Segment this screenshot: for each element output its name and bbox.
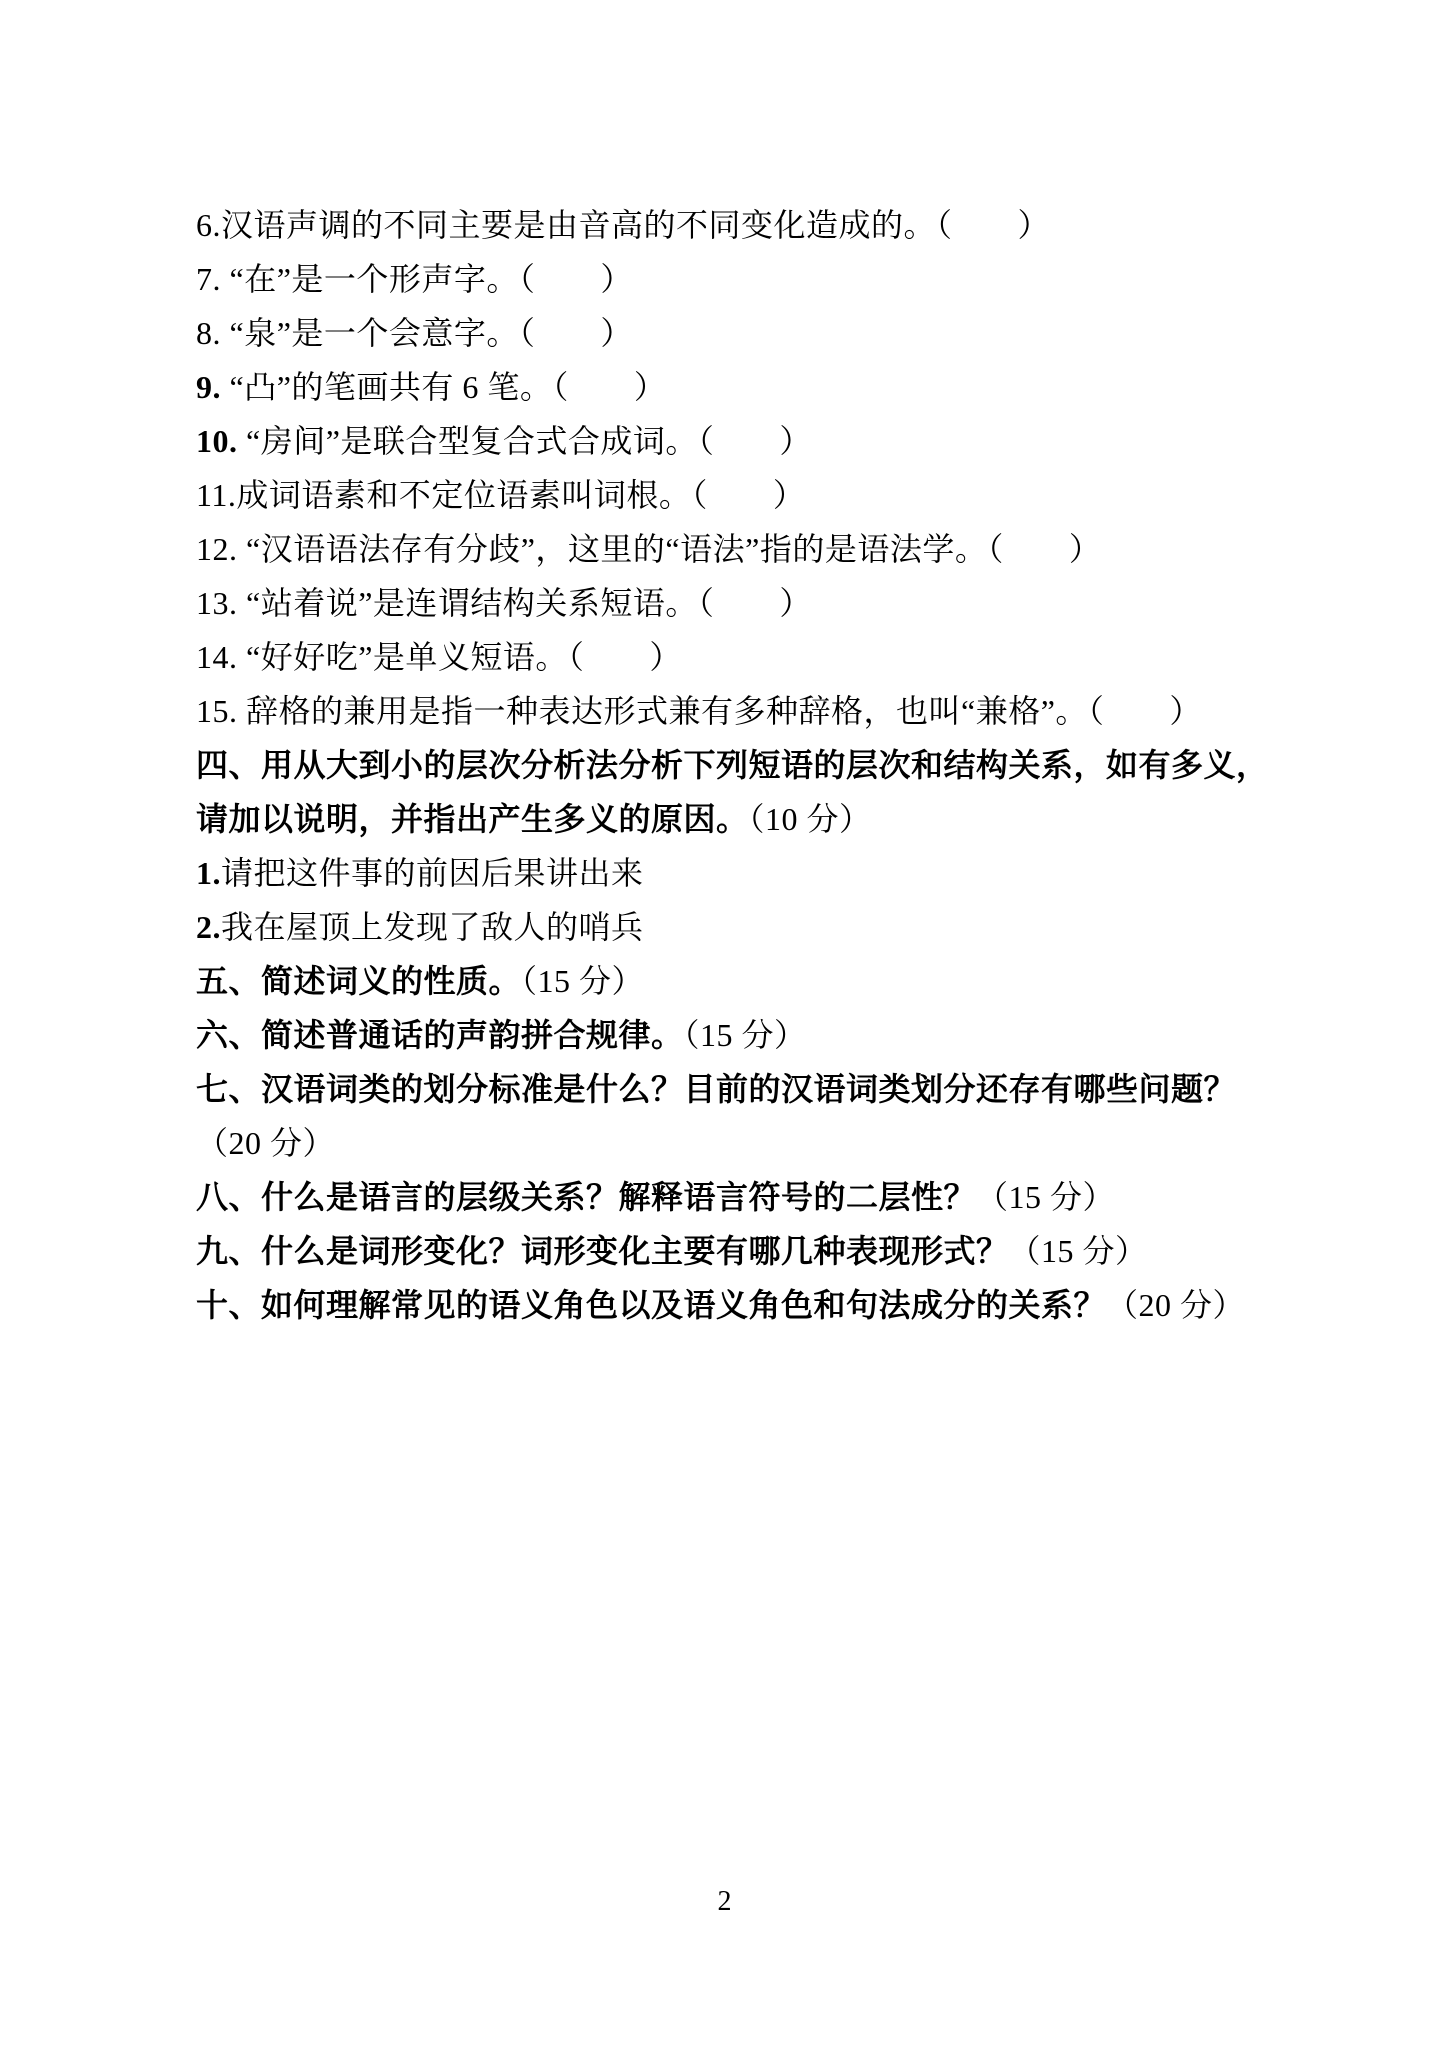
bold-text-segment: 1. <box>196 855 221 891</box>
bold-text-segment: 2. <box>196 909 221 945</box>
text-segment: 15. 辞格的兼用是指一种表达形式兼有多种辞格，也叫“兼格”。（ ） <box>196 693 1202 729</box>
text-line: 14. “好好吃”是单义短语。（ ） <box>196 630 1336 684</box>
bold-text-segment: 九、什么是词形变化？词形变化主要有哪几种表现形式？ <box>196 1233 1009 1269</box>
bold-text-segment: 五、简述词义的性质。 <box>196 963 521 999</box>
document-page: 6.汉语声调的不同主要是由音高的不同变化造成的。（ ）7. “在”是一个形声字。… <box>0 0 1449 2048</box>
text-line: 五、简述词义的性质。（15 分） <box>196 954 1336 1008</box>
bold-text-segment: 10. <box>196 423 238 459</box>
text-segment: 11.成词语素和不定位语素叫词根。（ ） <box>196 477 805 513</box>
text-line: 四、用从大到小的层次分析法分析下列短语的层次和结构关系，如有多义， <box>196 738 1336 792</box>
text-line: 七、汉语词类的划分标准是什么？目前的汉语词类划分还存有哪些问题？ <box>196 1062 1336 1116</box>
bold-text-segment: 十、如何理解常见的语义角色以及语义角色和句法成分的关系？ <box>196 1287 1106 1323</box>
text-line: （20 分） <box>196 1116 1336 1170</box>
text-segment: 12. “汉语语法存有分歧”，这里的“语法”指的是语法学。（ ） <box>196 531 1101 567</box>
bold-text-segment: 六、简述普通话的声韵拼合规律。 <box>196 1017 684 1053</box>
text-line: 7. “在”是一个形声字。（ ） <box>196 252 1336 306</box>
text-line: 6.汉语声调的不同主要是由音高的不同变化造成的。（ ） <box>196 198 1336 252</box>
text-line: 10. “房间”是联合型复合式合成词。（ ） <box>196 414 1336 468</box>
text-line: 十、如何理解常见的语义角色以及语义角色和句法成分的关系？（20 分） <box>196 1278 1336 1332</box>
text-line: 九、什么是词形变化？词形变化主要有哪几种表现形式？（15 分） <box>196 1224 1336 1278</box>
text-segment: 我在屋顶上发现了敌人的哨兵 <box>221 909 644 945</box>
text-line: 8. “泉”是一个会意字。（ ） <box>196 306 1336 360</box>
text-line: 六、简述普通话的声韵拼合规律。（15 分） <box>196 1008 1336 1062</box>
text-line: 15. 辞格的兼用是指一种表达形式兼有多种辞格，也叫“兼格”。（ ） <box>196 684 1336 738</box>
text-segment: 8. “泉”是一个会意字。（ ） <box>196 315 633 351</box>
text-line: 12. “汉语语法存有分歧”，这里的“语法”指的是语法学。（ ） <box>196 522 1336 576</box>
page-number: 2 <box>0 1882 1449 1922</box>
text-segment: （10 分） <box>749 801 872 837</box>
text-segment: （15 分） <box>976 1179 1115 1215</box>
text-segment: 13. “站着说”是连谓结构关系短语。（ ） <box>196 585 812 621</box>
text-segment: 14. “好好吃”是单义短语。（ ） <box>196 639 682 675</box>
text-segment: “房间”是联合型复合式合成词。（ ） <box>238 423 812 459</box>
text-segment: 7. “在”是一个形声字。（ ） <box>196 261 633 297</box>
text-segment: “凸”的笔画共有 6 笔。（ ） <box>221 369 666 405</box>
text-line: 八、什么是语言的层级关系？解释语言符号的二层性？（15 分） <box>196 1170 1336 1224</box>
text-segment: （15 分） <box>521 963 644 999</box>
document-lines: 6.汉语声调的不同主要是由音高的不同变化造成的。（ ）7. “在”是一个形声字。… <box>196 198 1336 1332</box>
text-line: 11.成词语素和不定位语素叫词根。（ ） <box>196 468 1336 522</box>
bold-text-segment: 9. <box>196 369 221 405</box>
text-line: 13. “站着说”是连谓结构关系短语。（ ） <box>196 576 1336 630</box>
bold-text-segment: 七、汉语词类的划分标准是什么？目前的汉语词类划分还存有哪些问题？ <box>196 1071 1236 1107</box>
text-line: 2.我在屋顶上发现了敌人的哨兵 <box>196 900 1336 954</box>
text-segment: （15 分） <box>684 1017 807 1053</box>
bold-text-segment: 八、什么是语言的层级关系？解释语言符号的二层性？ <box>196 1179 976 1215</box>
text-segment: （15 分） <box>1009 1233 1148 1269</box>
text-line: 1.请把这件事的前因后果讲出来 <box>196 846 1336 900</box>
text-segment: 请把这件事的前因后果讲出来 <box>221 855 644 891</box>
text-line: 请加以说明，并指出产生多义的原因。（10 分） <box>196 792 1336 846</box>
bold-text-segment: 四、用从大到小的层次分析法分析下列短语的层次和结构关系，如有多义， <box>196 747 1269 783</box>
bold-text-segment: 请加以说明，并指出产生多义的原因。 <box>196 801 749 837</box>
text-line: 9. “凸”的笔画共有 6 笔。（ ） <box>196 360 1336 414</box>
text-segment: （20 分） <box>1106 1287 1245 1323</box>
text-segment: 6.汉语声调的不同主要是由音高的不同变化造成的。（ ） <box>196 207 1050 243</box>
text-segment: （20 分） <box>196 1125 335 1161</box>
